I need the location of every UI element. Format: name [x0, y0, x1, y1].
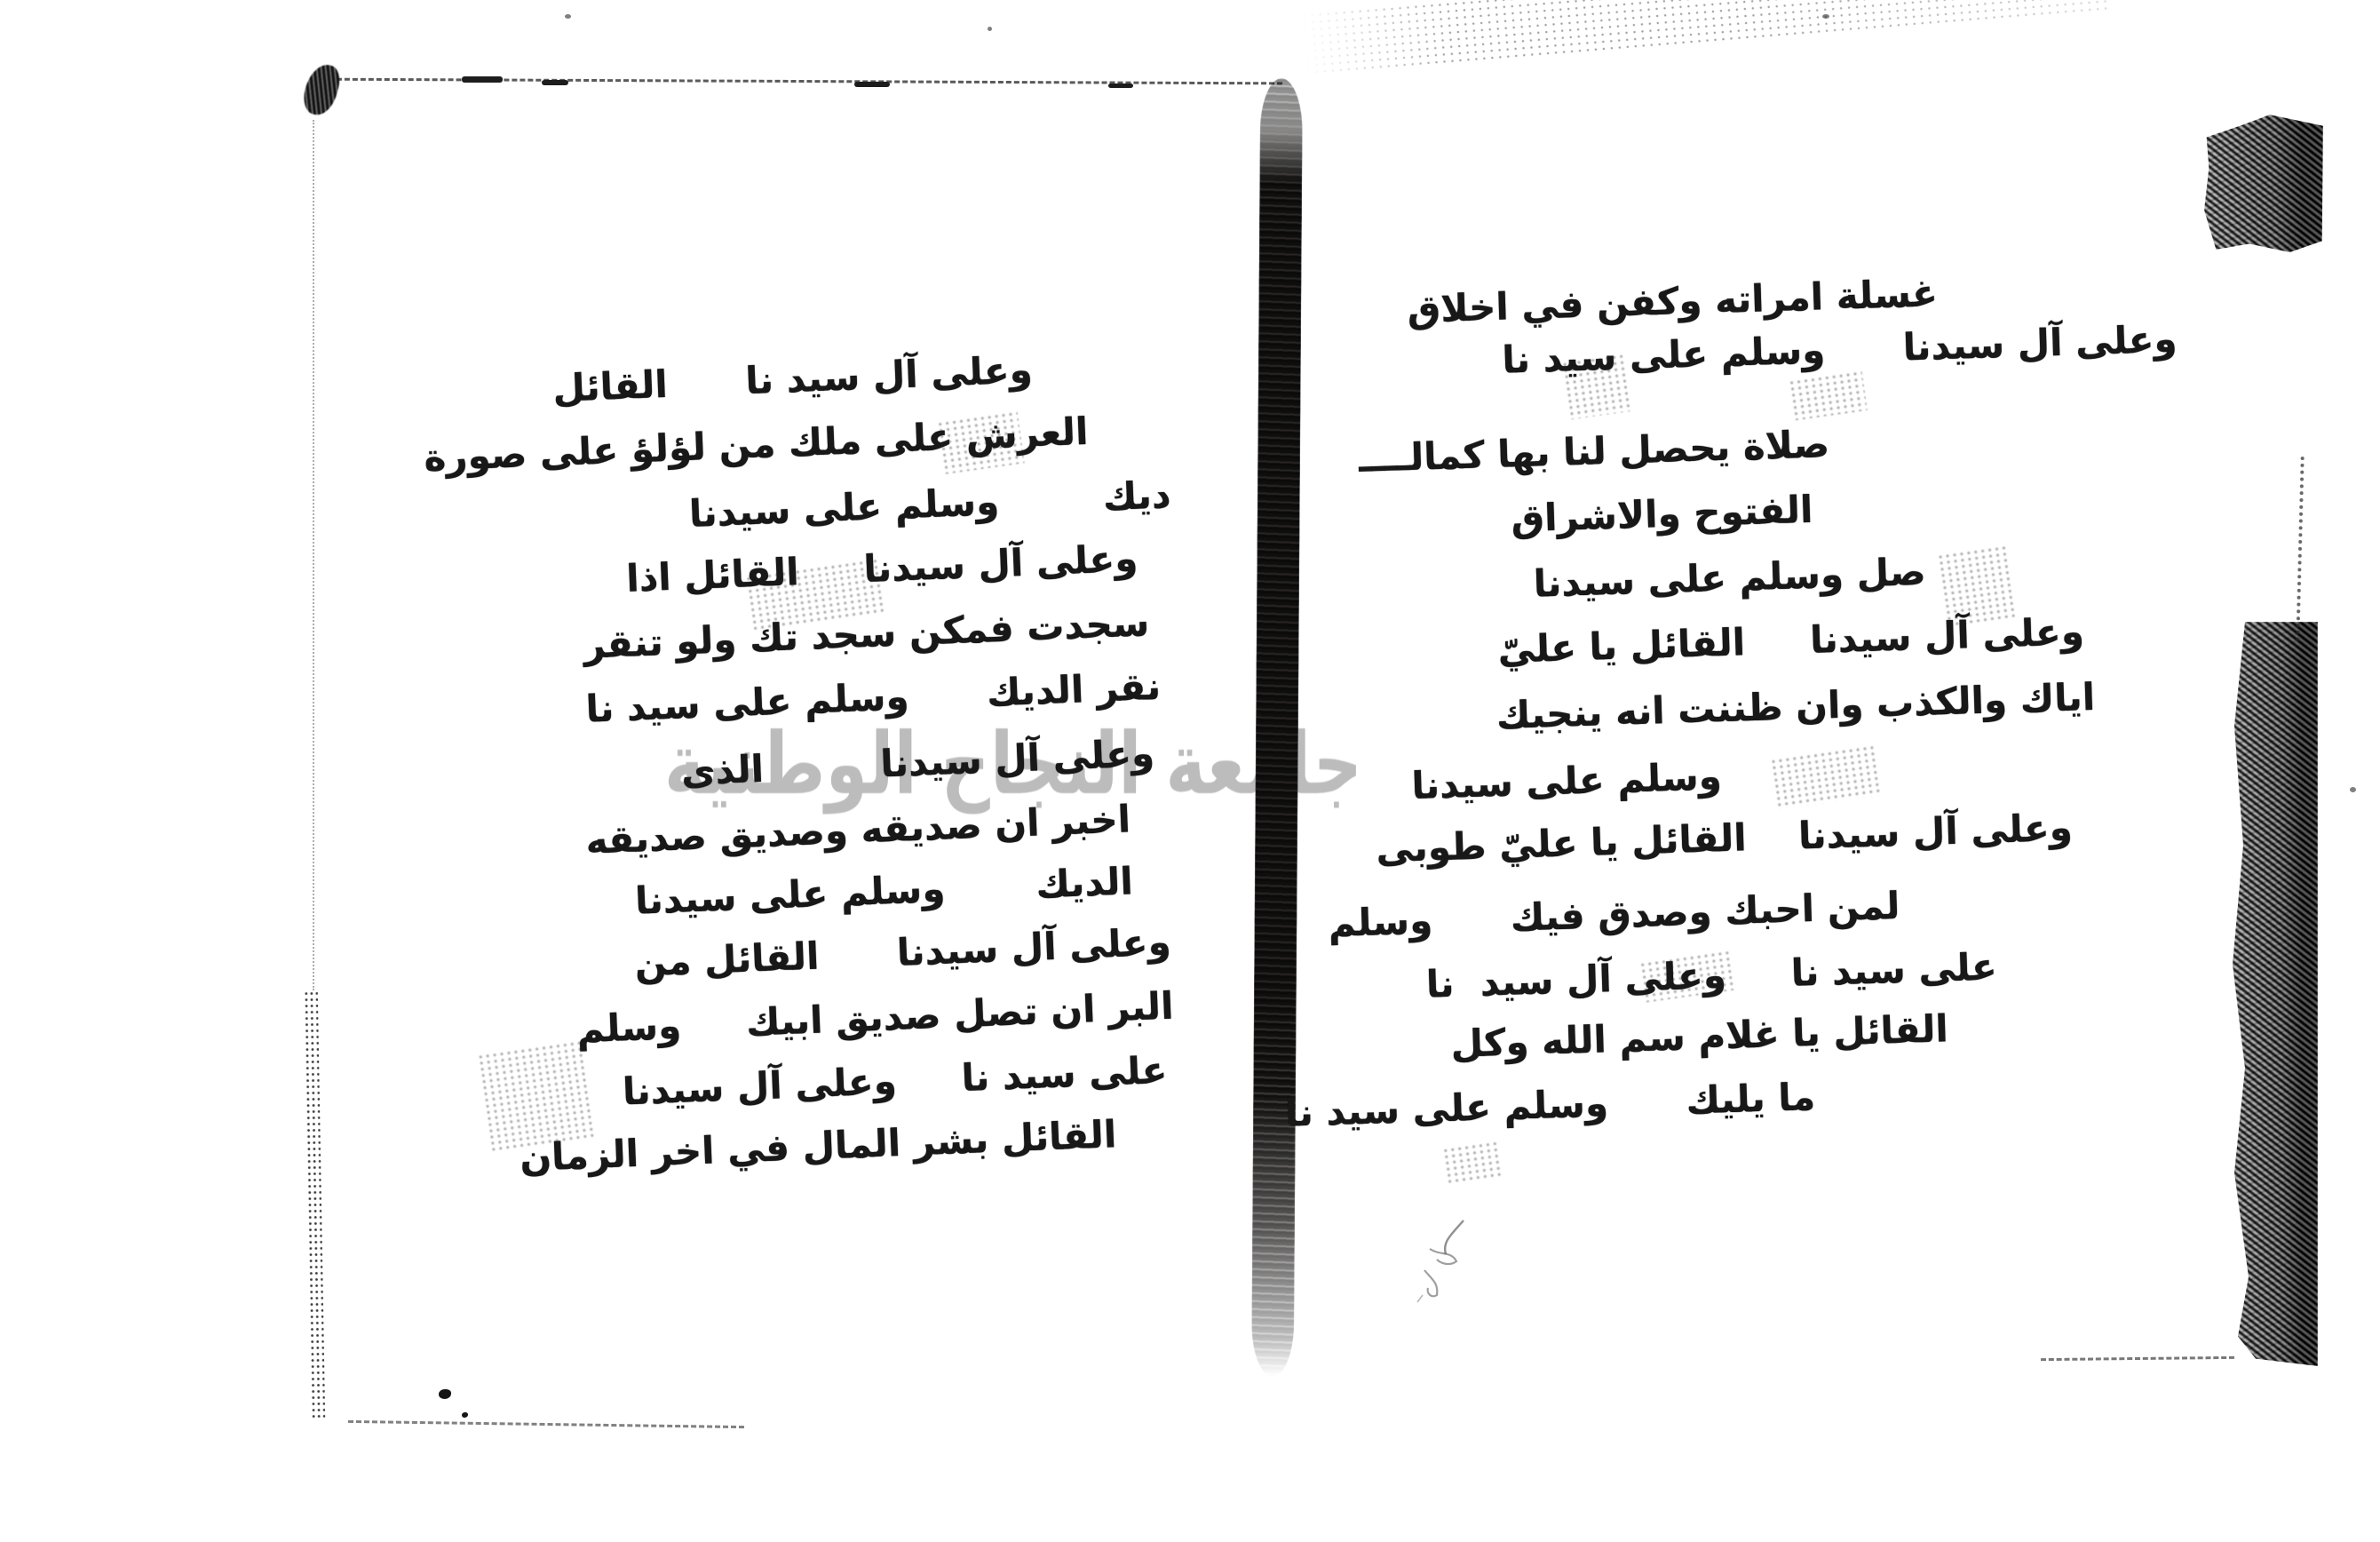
corner-ink-blob — [300, 61, 344, 119]
scan-edge-wavy-line — [2296, 457, 2304, 641]
manuscript-scan: جامعة النجاح الوطنية غسلة امراته وكفن في… — [0, 0, 2380, 1542]
page-bottom-edge-line — [348, 1420, 744, 1428]
manuscript-line: الفتوح والاشراق — [1511, 488, 1813, 541]
edge-line-blob — [854, 82, 890, 87]
manuscript-line: نقر الديك وسلم على سيد نا — [585, 664, 1162, 731]
page-left-edge-line — [313, 120, 314, 990]
manuscript-line: على سيد نا وعلى آل سيد نا — [1425, 945, 1997, 1006]
manuscript-line: لمن احبك وصدق فيك وسلم — [1328, 884, 1900, 945]
manuscript-line: وسلم على سيدنا — [1411, 754, 1723, 807]
book-gutter-shadow — [1251, 78, 1303, 1377]
manuscript-line: اخبر ان صديقه وصديق صديقه — [585, 797, 1131, 862]
dust-speck — [565, 14, 571, 19]
edge-line-blob — [542, 80, 568, 85]
manuscript-line: صل وسلم على سيدنا — [1533, 550, 1926, 606]
manuscript-line: وعلى آل سيدنا القائل يا عليّ طوبى — [1376, 806, 2074, 871]
manuscript-line: على سيد نا وعلى آل سيدنا — [622, 1048, 1168, 1114]
manuscript-line: وعلى آل سيدنا القائل يا عليّ — [1497, 609, 2085, 672]
manuscript-line: القائل بشر المال في اخر الزمان — [519, 1112, 1117, 1180]
manuscript-line: ما يليك وسلم على سيد نا — [1284, 1075, 1815, 1135]
dust-speck — [2350, 787, 2356, 792]
manuscript-line: صلاة يحصل لنا بها كمالــــ — [1358, 422, 1829, 481]
scan-dust-streak — [1300, 0, 2111, 78]
page-left-text-block: وعلى آل سيد نا القائلالعرش على ملك من لؤ… — [568, 308, 1216, 1212]
scan-edge-dashes — [2041, 1356, 2234, 1361]
ink-dot — [439, 1389, 451, 1399]
manuscript-line: وعلى آل سيدنا وسلم على سيد نا — [1502, 317, 2178, 382]
dust-speck — [988, 27, 992, 31]
manuscript-line: البر ان تصل صديق ابيك وسلم — [576, 984, 1175, 1052]
scan-edge-stain-top — [2204, 112, 2323, 252]
manuscript-line: وعلى آل سيدنا الذى — [680, 731, 1155, 793]
manuscript-line: العرش على ملك من لؤلؤ على صورة — [423, 409, 1089, 480]
page-left-edge-speckle — [304, 990, 325, 1419]
edge-line-blob — [462, 76, 503, 83]
manuscript-line: وعلى آل سيدنا القائل اذا — [625, 537, 1138, 600]
manuscript-line: وعلى آل سيدنا القائل من — [634, 920, 1172, 985]
ink-dot — [462, 1412, 468, 1418]
manuscript-line: القائل يا غلام سم الله وكل — [1450, 1006, 1949, 1066]
manuscript-line: الديك وسلم على سيدنا — [634, 859, 1133, 922]
manuscript-line: غسلة امراته وكفن في اخلاق — [1407, 271, 1939, 331]
manuscript-line: اياك والكذب وان ظننت انه ينجيك — [1495, 675, 2096, 737]
catchword-scribble — [1410, 1215, 1476, 1308]
edge-line-blob — [1108, 83, 1133, 88]
page-top-edge-line — [313, 78, 1282, 85]
scan-edge-stain-band — [2229, 622, 2318, 1366]
manuscript-line: ديك وسلم على سيدنا — [688, 473, 1171, 536]
manuscript-line: وعلى آل سيد نا القائل — [551, 347, 1033, 410]
manuscript-line: سجدت فمكن سجد تك ولو تنقر — [583, 600, 1150, 667]
page-right-text-block: غسلة امراته وكفن في اخلاقوعلى آل سيدنا و… — [1299, 235, 2208, 1222]
